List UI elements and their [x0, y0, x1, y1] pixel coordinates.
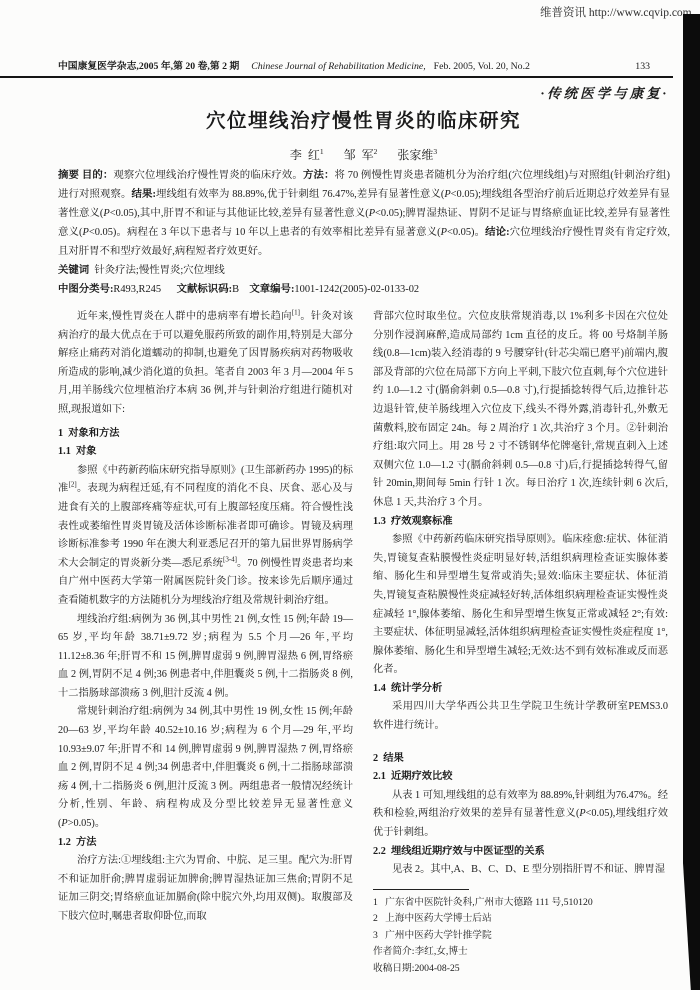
text-segment: 。针灸对该病治疗的最大优点在于可以避免服药所致的副作用,特别是大部分解痉止痛药对… — [58, 311, 353, 415]
author-affiliation-mark: 1 — [320, 147, 324, 156]
paragraph: 从表 1 可知,埋线组的总有效率为 88.89%,针刺组为76.47%。经秩和检… — [373, 787, 668, 843]
section-heading: 2.2 埋线组近期疗效与中医证型的关系 — [373, 843, 668, 862]
paragraph: 参照《中药新药临床研究指导原则》。临床痊愈:症状、体征消失,胃镜复查粘膜慢性炎症… — [373, 531, 668, 680]
issue-info: Feb. 2005, Vol. 20, No.2 — [434, 61, 530, 72]
paragraph: 参照《中药新药临床研究指导原则》(卫生部新药办 1995)的标准[2]。表现为病… — [58, 462, 353, 611]
text-segment: 埋线组有效率为 88.89%,优于针刺组 76.47%,差异有显著性意义( — [156, 189, 444, 200]
paragraph: 采用四川大学华西公共卫生学院卫生统计学教研室PEMS3.0 软件进行统计。 — [373, 698, 668, 735]
section-heading: 1.3 疗效观察标准 — [373, 513, 668, 532]
text-segment: <0.05)。病程在 3 年以下患者与 10 年以上患者的有效率相比差异有显著意… — [89, 227, 441, 238]
journal-title-cn: 中国康复医学杂志,2005 年,第 20 卷,第 2 期 — [58, 58, 239, 72]
paragraph: 常规针刺治疗组:病例为 34 例,其中男性 19 例,女性 15 例;年龄 20… — [58, 703, 353, 833]
text-segment: 结果: — [131, 189, 155, 200]
front-matter: 摘要 目的：观察穴位埋线治疗慢性胃炎的临床疗效。方法：将 70 例慢性胃炎患者随… — [58, 166, 670, 299]
paragraph: 见表 2。其中,A、B、C、D、E 型分别指肝胃不和证、脾胃湿 — [373, 861, 668, 880]
text-segment: [2] — [69, 481, 77, 489]
journal-page: 维普资讯 http://www.cqvip.com 中国康复医学杂志,2005 … — [0, 0, 700, 990]
text-segment: 参照《中药新药临床研究指导原则》。临床痊愈:症状、体征消失,胃镜复查粘膜慢性炎症… — [373, 534, 668, 675]
text-segment: 结论: — [485, 227, 509, 238]
text-segment: <0.05),其中,肝胃不和证与其他证比较,差异有显著性意义( — [110, 208, 369, 219]
section-heading: 1.1 对象 — [58, 443, 353, 462]
text-segment: <0.05)。 — [447, 227, 485, 238]
author-name: 李 红1 — [290, 148, 324, 162]
section-label: ·传统医学与康复· — [58, 82, 669, 102]
text-segment: 治疗方法:①埋线组:主穴为胃俞、中脘、足三里。配穴为:肝胃不和证加肝俞;脾胃虚弱… — [58, 855, 353, 922]
author-name: 邹 军2 — [344, 148, 378, 162]
paragraph: 埋线治疗组:病例为 36 例,其中男性 21 例,女性 15 例;年龄 19—6… — [58, 611, 353, 704]
text-segment: 见表 2。其中,A、B、C、D、E 型分别指肝胃不和证、脾胃湿 — [392, 864, 665, 875]
author-line: 李 红1邹 军2张家维3 — [58, 146, 669, 163]
text-segment: 文献标识码: — [177, 284, 232, 295]
author-affiliation-mark: 3 — [433, 147, 437, 156]
page-number: 133 — [635, 61, 650, 72]
text-segment: 方法： — [303, 170, 335, 181]
footnote-line: 2 上海中医药大学博士后站 — [373, 911, 668, 928]
abstract: 摘要 目的：观察穴位埋线治疗慢性胃炎的临床疗效。方法：将 70 例慢性胃炎患者随… — [58, 166, 670, 261]
page-header: 中国康复医学杂志,2005 年,第 20 卷,第 2 期 Chinese Jou… — [58, 58, 650, 72]
section-heading: 1.4 统计学分析 — [373, 680, 668, 699]
text-segment: 背部穴位时取坐位。穴位皮肤常规消毒,以 1%利多卡因在穴位处分别作浸润麻醉,造成… — [373, 311, 668, 508]
article-title: 穴位埋线治疗慢性胃炎的临床研究 — [58, 105, 669, 133]
text-segment: 近年来,慢性胃炎在人群中的患病率有增长趋向 — [77, 311, 292, 322]
text-segment: 文章编号: — [249, 284, 294, 295]
text-segment: 1001-1242(2005)-02-0133-02 — [294, 284, 419, 295]
footnote-line: 作者简介:李红,女,博士 — [373, 944, 668, 961]
section-heading: 2.1 近期疗效比较 — [373, 768, 668, 787]
author-name: 张家维3 — [397, 148, 437, 162]
text-segment: 中图分类号: — [58, 284, 113, 295]
footnote-line: 收稿日期:2004-08-25 — [373, 961, 668, 978]
text-segment: 埋线治疗组:病例为 36 例,其中男性 21 例,女性 15 例;年龄 19—6… — [58, 614, 353, 699]
text-segment: 摘要 — [58, 170, 79, 181]
footnote-line: 3 广州中医药大学针推学院 — [373, 928, 668, 945]
section-heading: 1.2 方法 — [58, 834, 353, 853]
text-segment: 采用四川大学华西公共卫生学院卫生统计学教研室PEMS3.0 软件进行统计。 — [373, 701, 668, 731]
text-segment: >0.05)。 — [68, 818, 105, 829]
paragraph: 近年来,慢性胃炎在人群中的患病率有增长趋向[1]。针灸对该病治疗的最大优点在于可… — [58, 308, 353, 420]
section-heading: 2 结果 — [373, 750, 668, 769]
footnote-separator — [373, 889, 469, 890]
text-segment: 关键词 — [58, 265, 89, 276]
text-segment: 针灸疗法;慢性胃炎;穴位埋线 — [89, 265, 225, 276]
paragraph: 背部穴位时取坐位。穴位皮肤常规消毒,以 1%利多卡因在穴位处分别作浸润麻醉,造成… — [373, 308, 668, 513]
scan-edge-strip — [683, 14, 700, 990]
paragraph: 治疗方法:①埋线组:主穴为胃俞、中脘、足三里。配穴为:肝胃不和证加肝俞;脾胃虚弱… — [58, 852, 353, 926]
footnote-line: 1 广东省中医院针灸科,广州市大德路 111 号,510120 — [373, 895, 668, 912]
journal-title-en: Chinese Journal of Rehabilitation Medici… — [251, 61, 425, 72]
text-segment: 目的： — [82, 170, 114, 181]
text-segment: R493,R245 — [113, 284, 176, 295]
header-rule — [0, 76, 673, 78]
text-segment: 观察穴位埋线治疗慢性胃炎的临床疗效。 — [113, 170, 303, 181]
text-segment: 。表现为病程迁延,有不同程度的消化不良、厌食、恶心及与进食有关的上腹部疼痛等症状… — [58, 483, 353, 568]
author-affiliation-mark: 2 — [374, 147, 378, 156]
cqvip-watermark: 维普资讯 http://www.cqvip.com — [540, 4, 700, 20]
body-column-right: 背部穴位时取坐位。穴位皮肤常规消毒,以 1%利多卡因在穴位处分别作浸润麻醉,造成… — [373, 308, 668, 977]
text-segment: 常规针刺治疗组:病例为 34 例,其中男性 19 例,女性 15 例;年龄 20… — [58, 706, 353, 829]
section-heading: 1 对象和方法 — [58, 425, 353, 444]
text-segment: [1] — [292, 309, 300, 317]
keywords-line: 关键词 针灸疗法;慢性胃炎;穴位埋线 — [58, 261, 670, 280]
classification-line: 中图分类号:R493,R245 文献标识码:B 文章编号:1001-1242(2… — [58, 280, 670, 299]
body-column-left: 近年来,慢性胃炎在人群中的患病率有增长趋向[1]。针灸对该病治疗的最大优点在于可… — [58, 308, 353, 927]
text-segment: B — [232, 284, 249, 295]
text-segment: [3-4] — [223, 555, 237, 563]
